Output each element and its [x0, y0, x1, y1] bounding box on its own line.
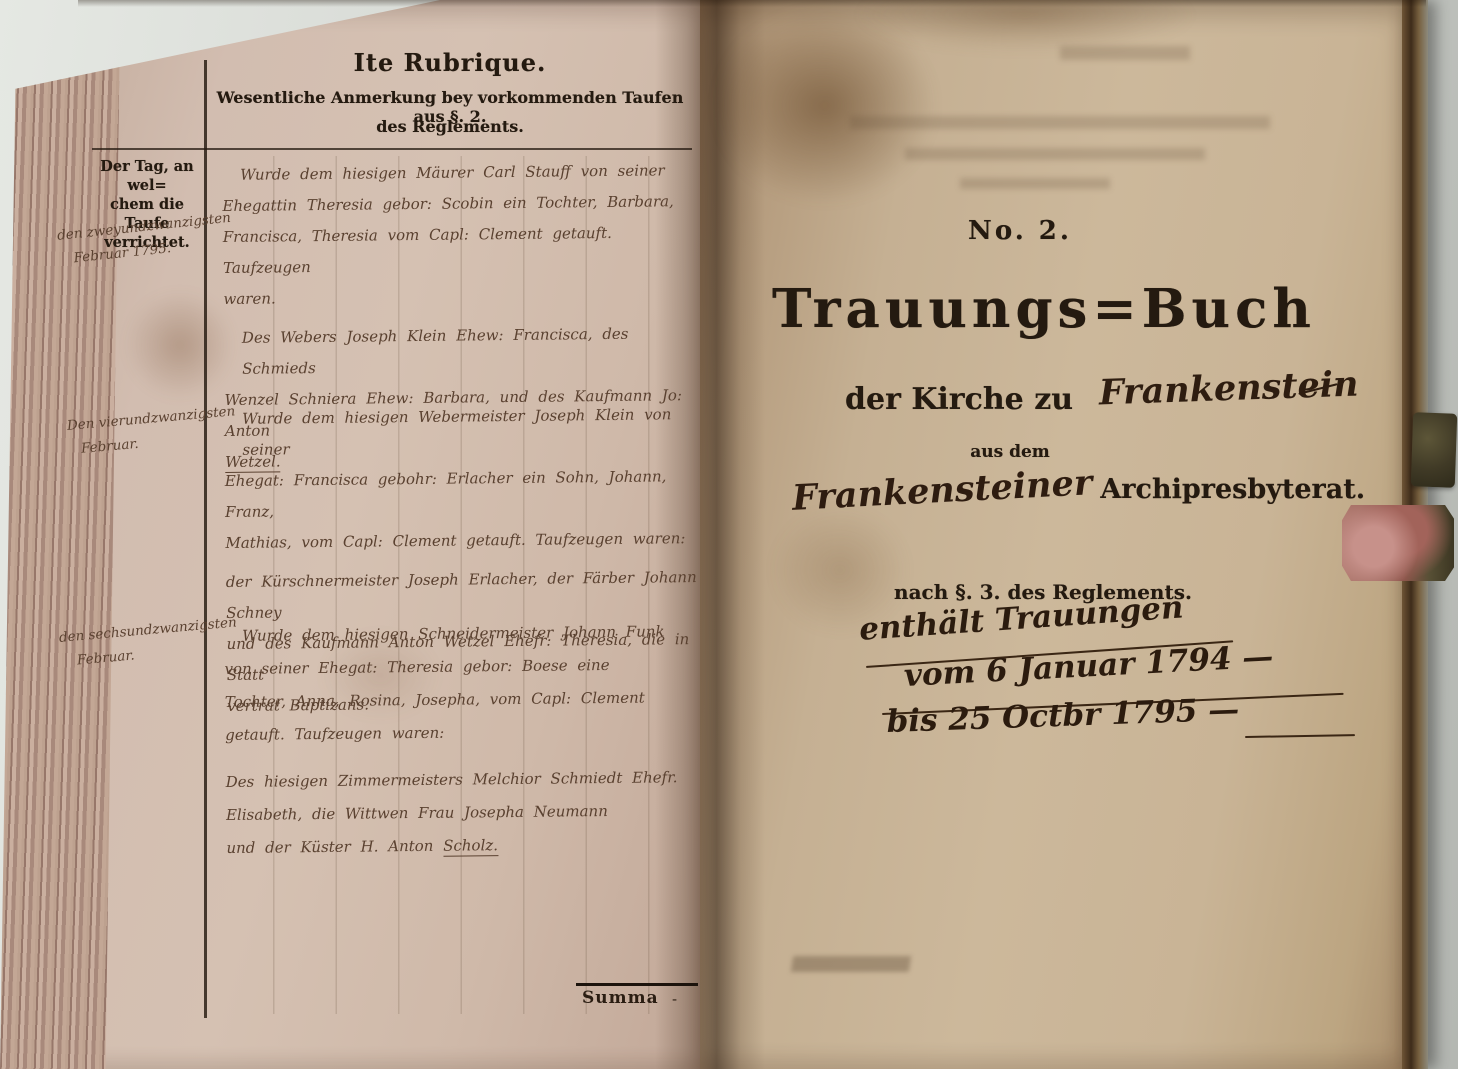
rubric-title: Ite Rubrique. — [230, 48, 670, 77]
ink-bleedthrough — [1060, 46, 1190, 60]
top-edge-shadow — [78, 0, 1426, 7]
entry-line: Des Webers Joseph Klein Ehew: Francisca,… — [224, 318, 711, 385]
book-photo: Ite Rubrique. Wesentliche Anmerkung bey … — [0, 0, 1458, 1069]
ink-bleedthrough — [850, 116, 1270, 129]
baptism-entry: Wurde dem hiesigen Schneidermeister Joha… — [224, 615, 713, 865]
archipresbyterat-printed: Archipresbyterat. — [1100, 474, 1365, 505]
bookmark-tab-remnant-bottom — [1342, 505, 1454, 581]
book-title: Trauungs=Buch — [772, 278, 1308, 340]
summa-bleedthrough — [791, 956, 911, 972]
entry-line: Wurde dem hiesigen Schneidermeister Joha… — [224, 615, 710, 653]
entry-line: Francisca, Theresia vom Capl: Clement ge… — [223, 217, 710, 284]
entry-line: von seiner Ehegat: Theresia gebor: Boese… — [224, 648, 710, 686]
entry-line: Elisabeth, die Wittwen Frau Josepha Neum… — [226, 794, 712, 832]
summa-label: Summa — [582, 988, 659, 1008]
underlined-name: Scholz. — [443, 836, 498, 857]
entry-line: Wurde dem hiesigen Webermeister Joseph K… — [224, 399, 711, 466]
archipresbyterat-line: FrankensteinerArchipresbyterat. — [792, 470, 1332, 511]
bookmark-tab-remnant-top — [1411, 412, 1458, 487]
date-column-header-line: Der Tag, an wel= — [93, 157, 201, 195]
church-line-printed: der Kirche zu — [845, 382, 1073, 417]
ink-bleedthrough — [960, 178, 1110, 189]
entry-line: Des hiesigen Zimmermeisters Melchior Sch… — [226, 761, 712, 799]
entry-line: getauft. Taufzeugen waren: — [225, 714, 711, 752]
entry-line: Ehegat: Francisca gebohr: Erlacher ein S… — [225, 461, 712, 528]
entry-line-text: und der Küster H. Anton — [226, 837, 443, 857]
aus-dem-line: aus dem — [930, 442, 1090, 462]
column-divider-rule — [204, 60, 207, 1018]
entry-line: waren. — [223, 279, 709, 315]
volume-number: No. 2. — [900, 216, 1140, 246]
summa-rule — [576, 983, 698, 986]
entry-line: Tochter, Anna, Rosina, Josepha, vom Capl… — [225, 681, 711, 719]
rubric-subtitle-line2: des Reglements. — [210, 117, 690, 136]
header-rule — [92, 148, 692, 150]
ink-bleedthrough — [905, 148, 1205, 160]
entry-line: Wurde dem hiesigen Mäurer Carl Stauff vo… — [222, 155, 708, 191]
entry-line: Mathias, vom Capl: Clement getauft. Tauf… — [225, 523, 711, 559]
summa-dash: - — [672, 990, 677, 1008]
entry-line: Ehegattin Theresia gebor: Scobin ein Toc… — [222, 186, 708, 222]
district-name-handwritten: Frankensteiner — [791, 462, 1093, 519]
entry-line: und der Küster H. Anton Scholz. — [226, 827, 712, 865]
church-line: der Kirche zuFrankenstein — [845, 372, 1345, 417]
